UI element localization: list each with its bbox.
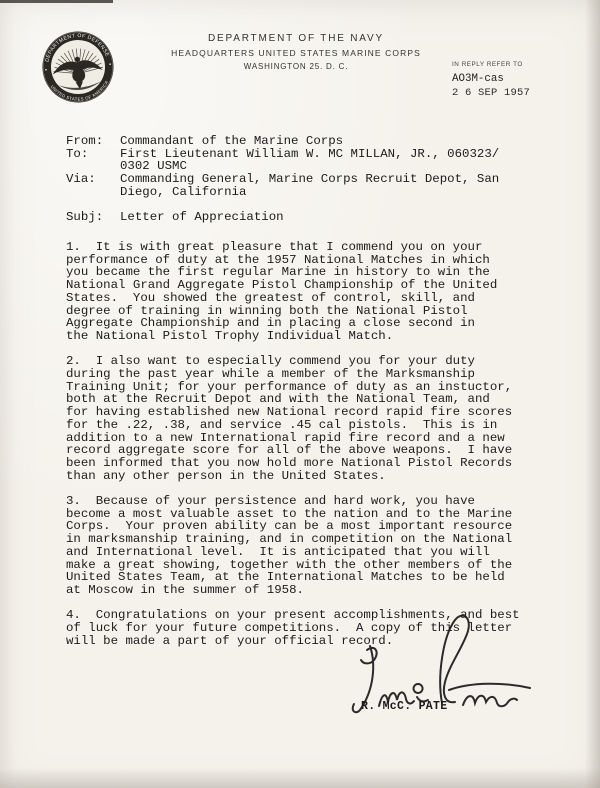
- address-block: From: Commandant of the Marine Corps To:…: [66, 135, 566, 199]
- letterhead-headquarters: HEADQUARTERS UNITED STATES MARINE CORPS: [0, 48, 592, 58]
- to-row: To: First Lieutenant William W. MC MILLA…: [66, 148, 566, 173]
- to-value: First Lieutenant William W. MC MILLAN, J…: [120, 148, 499, 173]
- from-value: Commandant of the Marine Corps: [120, 135, 343, 148]
- letter-body: 1. It is with great pleasure that I comm…: [66, 241, 566, 660]
- to-label: To:: [66, 148, 120, 173]
- via-value: Commanding General, Marine Corps Recruit…: [120, 173, 499, 198]
- subject-label: Subj:: [66, 211, 120, 224]
- via-label: Via:: [66, 173, 120, 198]
- reply-reference-code: AO3M-cas: [452, 73, 592, 85]
- via-row: Via: Commanding General, Marine Corps Re…: [66, 173, 566, 198]
- reply-reference-block: IN REPLY REFER TO AO3M-cas 2 6 SEP 1957: [452, 61, 592, 99]
- scan-edge-artifact: [0, 0, 113, 3]
- from-row: From: Commandant of the Marine Corps: [66, 135, 566, 148]
- paragraph-2: 2. I also want to especially commend you…: [66, 355, 566, 482]
- subject-row: Subj: Letter of Appreciation: [66, 211, 566, 224]
- typed-signature-name: R. McC. PATE: [361, 700, 447, 713]
- letter-page: DEPARTMENT OF DEFENSE UNITED STATES OF A…: [0, 0, 600, 788]
- paragraph-1: 1. It is with great pleasure that I comm…: [66, 241, 566, 343]
- paragraph-3: 3. Because of your persistence and hard …: [66, 495, 566, 597]
- from-label: From:: [66, 135, 120, 148]
- date-stamp: 2 6 SEP 1957: [452, 87, 592, 99]
- letterhead-department: DEPARTMENT OF THE NAVY: [0, 33, 592, 44]
- reply-refer-label: IN REPLY REFER TO: [452, 61, 592, 68]
- subject-value: Letter of Appreciation: [120, 211, 284, 224]
